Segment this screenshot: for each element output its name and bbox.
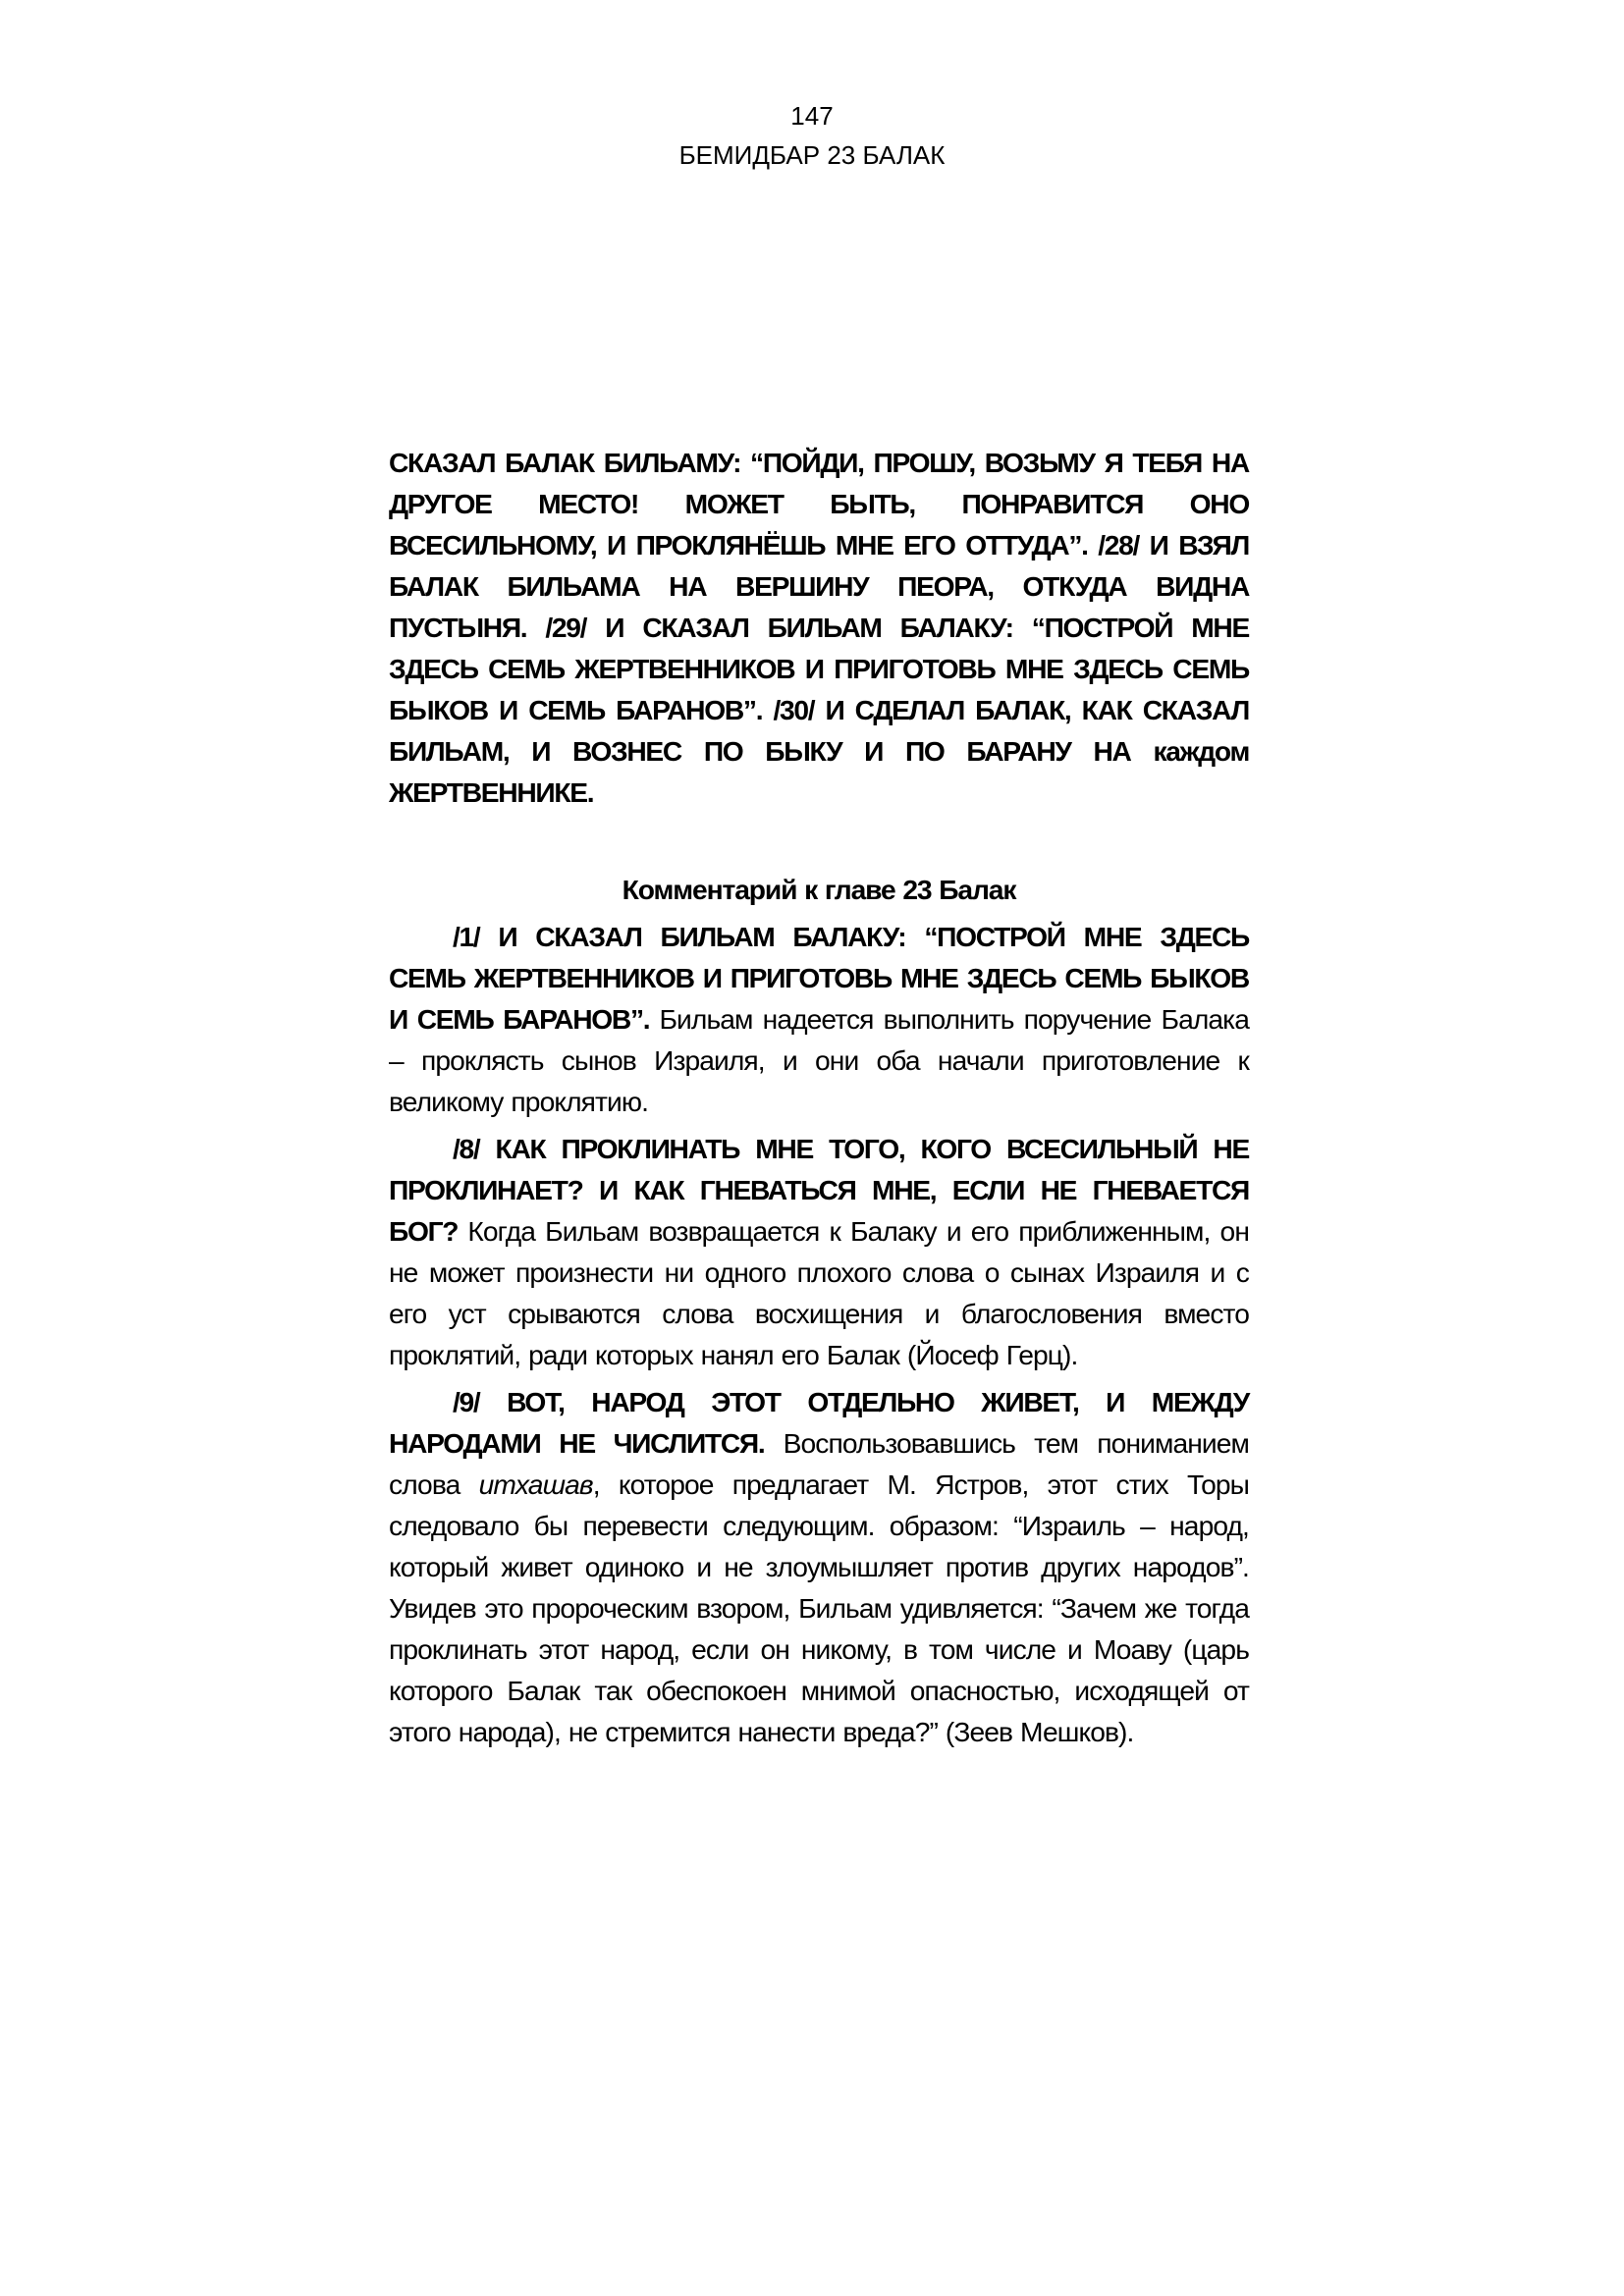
text-column: СКАЗАЛ БАЛАК БИЛЬАМУ: “ПОЙДИ, ПРОШУ, ВОЗ…	[389, 442, 1249, 1752]
page-number: 147	[0, 96, 1624, 135]
running-title: БЕМИДБАР 23 БАЛАК	[0, 135, 1624, 175]
commentary-text: Когда Бильам возвращается к Балаку и его…	[389, 1215, 1249, 1370]
commentary-paragraph-9: /9/ ВОТ, НАРОД ЭТОТ ОТДЕЛЬНО ЖИВЕТ, И МЕ…	[389, 1381, 1249, 1752]
hebrew-term: итхашав	[479, 1468, 593, 1500]
verse-text: СКАЗАЛ БАЛАК БИЛЬАМУ: “ПОЙДИ, ПРОШУ, ВОЗ…	[389, 442, 1249, 813]
commentary-paragraph-1: /1/ И СКАЗАЛ БИЛЬАМ БАЛАКУ: “ПОСТРОЙ МНЕ…	[389, 916, 1249, 1122]
commentary-text: , которое предлагает М. Ястров, этот сти…	[389, 1468, 1249, 1747]
commentary-paragraph-8: /8/ КАК ПРОКЛИНАТЬ МНЕ ТОГО, КОГО ВСЕСИЛ…	[389, 1128, 1249, 1375]
commentary-title: Комментарий к главе 23 Балак	[389, 869, 1249, 910]
page-header: 147 БЕМИДБАР 23 БАЛАК	[0, 96, 1624, 175]
